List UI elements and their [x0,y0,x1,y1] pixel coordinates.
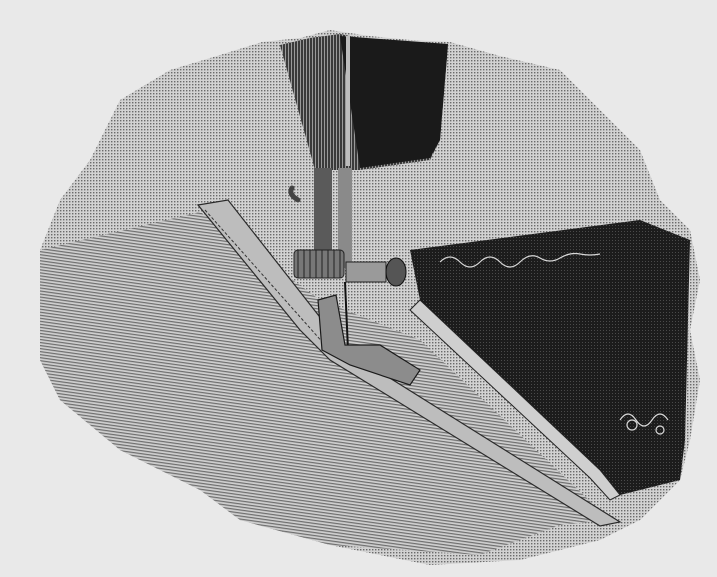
needle-clamp [346,262,386,282]
illustration-canvas [0,0,717,577]
knurled-nut [294,250,344,278]
sewing-machine-engraving [0,0,717,577]
needle-bar-highlight [346,36,350,166]
thumb-screw [386,258,406,286]
